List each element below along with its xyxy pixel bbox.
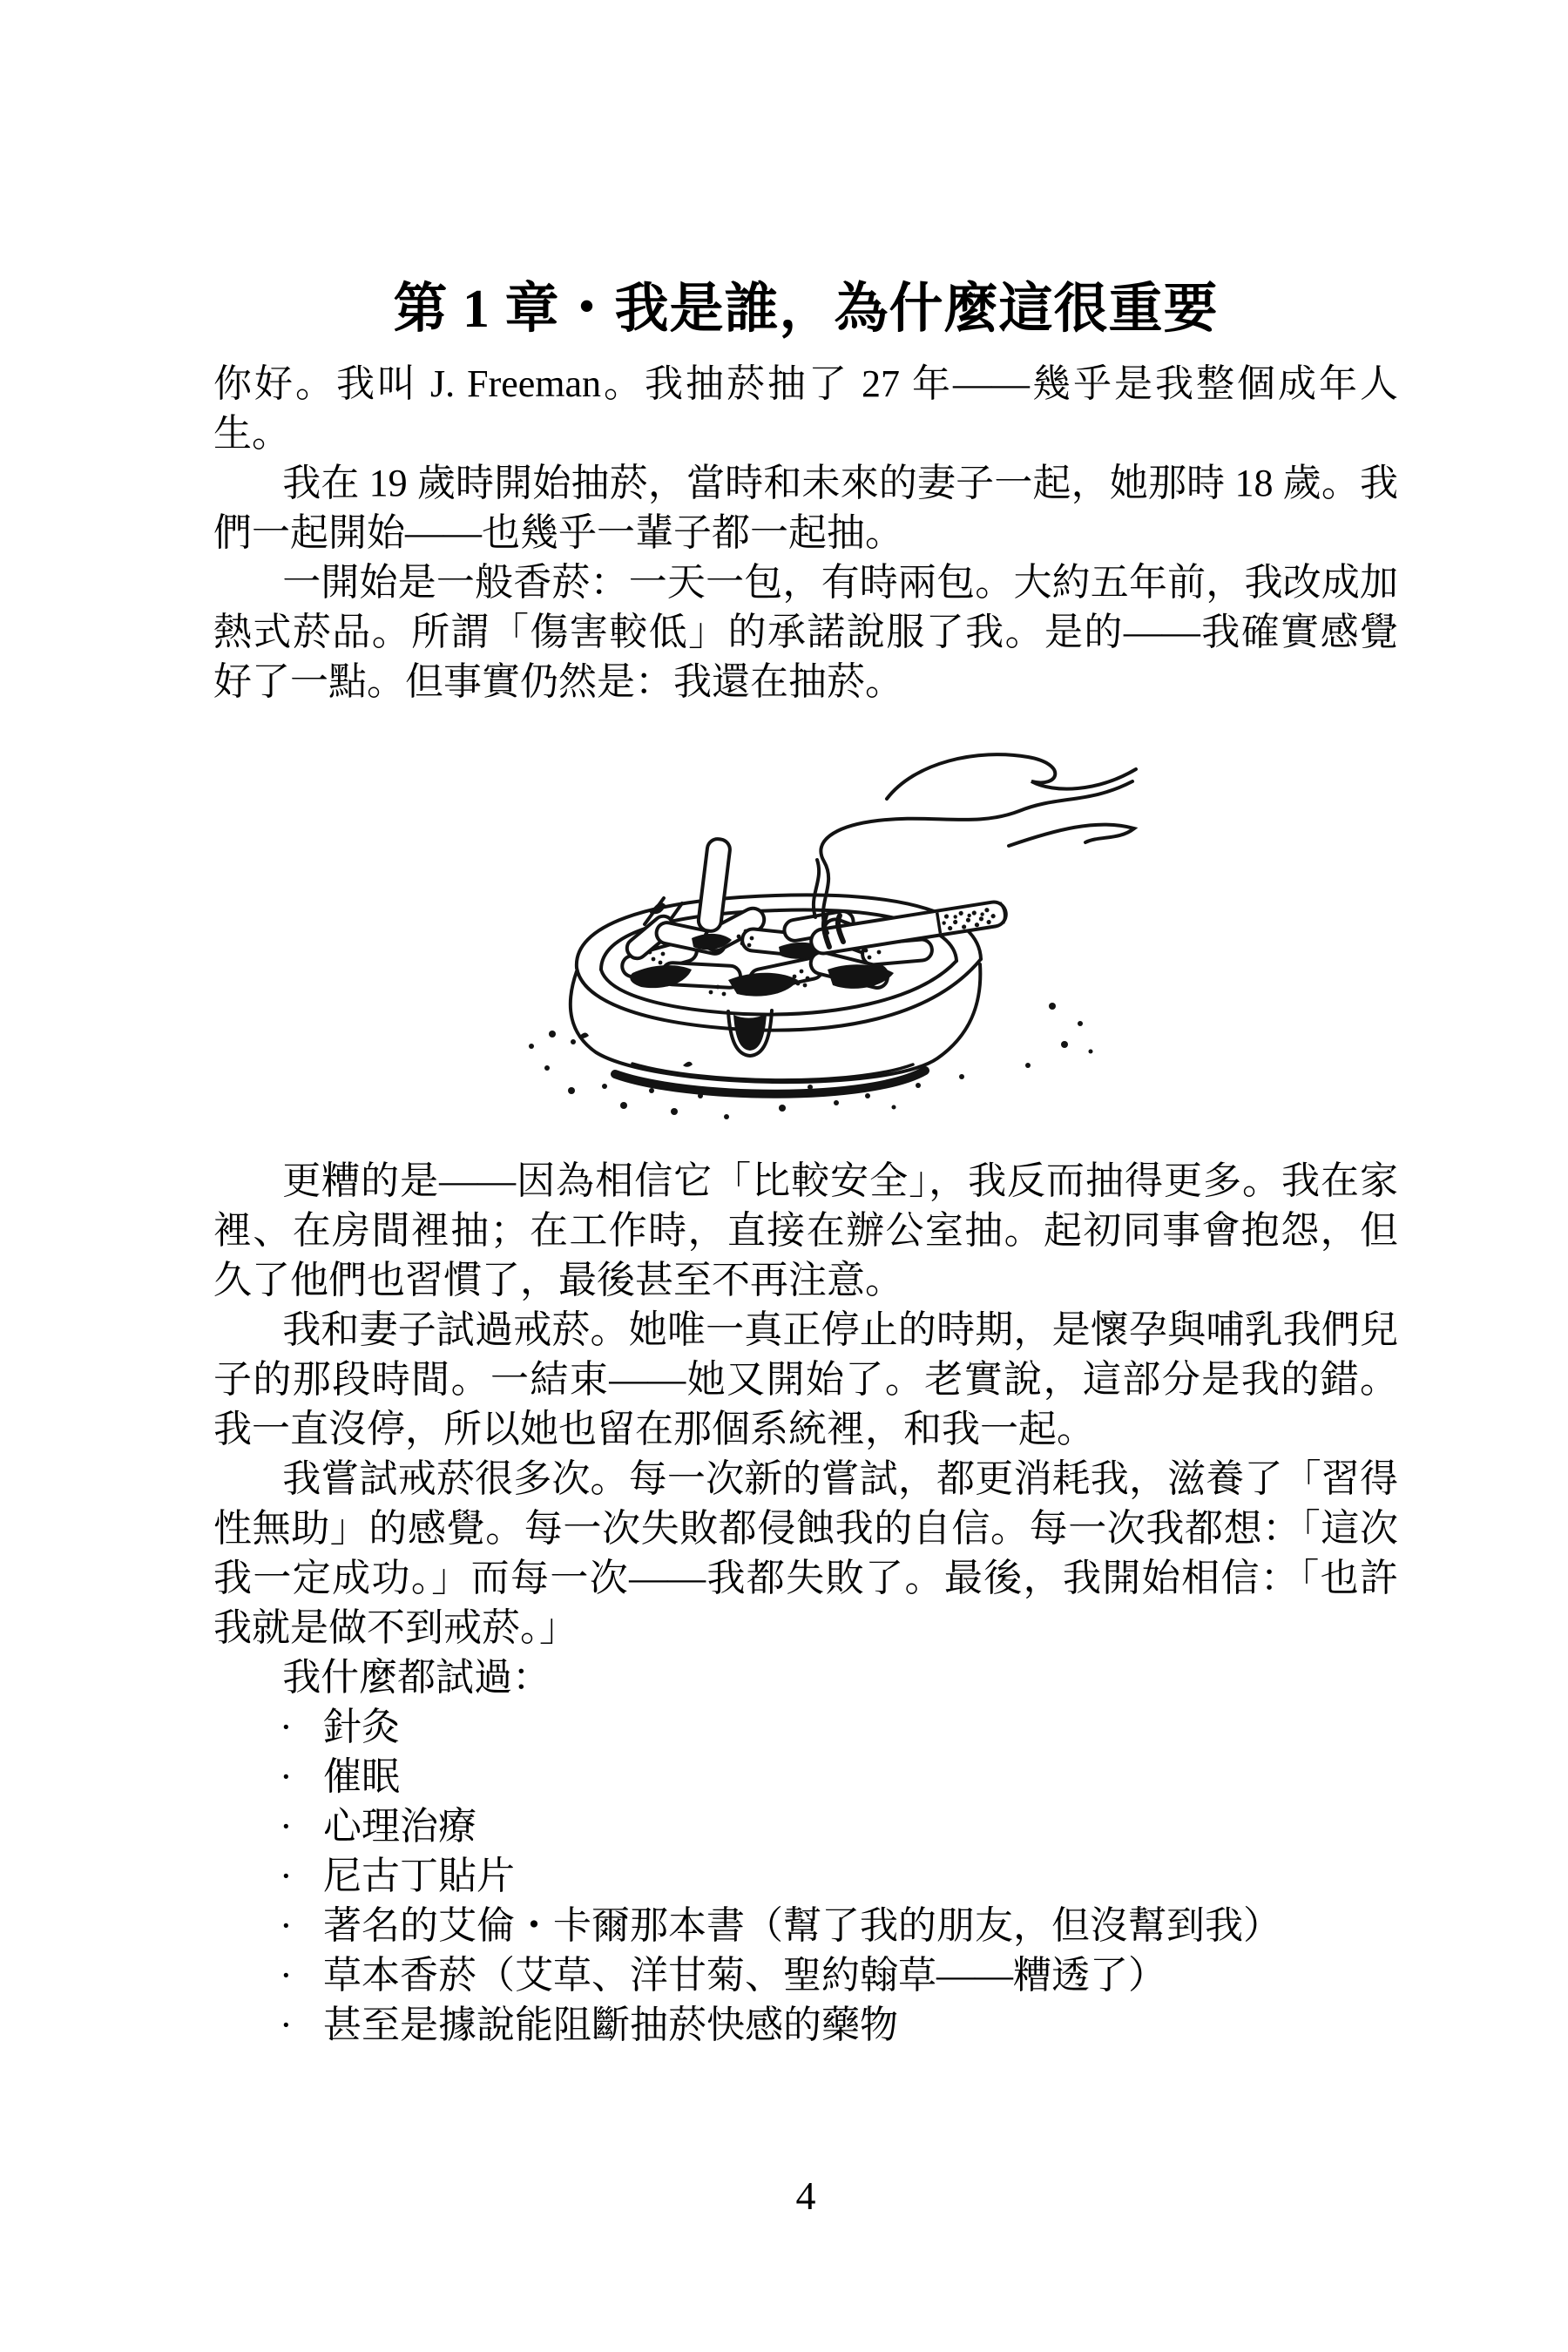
bullet-marker: · <box>280 1752 323 1801</box>
list-item: · 催眠 <box>213 1752 1398 1801</box>
tried-methods-list: · 針灸 · 催眠 · 心理治療 · 尼古丁貼片 · 著名的艾倫・卡爾那本書（幫… <box>213 1702 1398 2050</box>
bullet-marker: · <box>280 1851 323 1901</box>
chapter-title: 第 1 章・我是誰，為什麼這很重要 <box>213 275 1398 343</box>
paragraph-3: 一開始是一般香菸：一天一包，有時兩包。大約五年前，我改成加熱式菸品。所謂「傷害較… <box>213 558 1398 706</box>
text-block: 第 1 章・我是誰，為什麼這很重要 你好。我叫 J. Freeman。我抽菸抽了… <box>213 275 1398 2050</box>
ashtray-illustration <box>213 745 1398 1121</box>
page-number: 4 <box>213 2176 1398 2216</box>
bullet-marker: · <box>280 2000 323 2050</box>
bullet-marker: · <box>280 1950 323 2000</box>
list-item: · 針灸 <box>213 1702 1398 1752</box>
list-item: · 著名的艾倫・卡爾那本書（幫了我的朋友，但沒幫到我） <box>213 1901 1398 1950</box>
list-item-text: 著名的艾倫・卡爾那本書（幫了我的朋友，但沒幫到我） <box>323 1901 1398 1950</box>
bullet-marker: · <box>280 1801 323 1851</box>
list-item-text: 催眠 <box>323 1752 1398 1801</box>
list-item: · 甚至是據說能阻斷抽菸快感的藥物 <box>213 2000 1398 2050</box>
list-item: · 尼古丁貼片 <box>213 1851 1398 1901</box>
paragraph-5: 我和妻子試過戒菸。她唯一真正停止的時期，是懷孕與哺乳我們兒子的那段時間。一結束—… <box>213 1305 1398 1454</box>
list-item-text: 草本香菸（艾草、洋甘菊、聖約翰草——糟透了） <box>323 1950 1398 2000</box>
ashtray-smoke-drawing-icon <box>521 745 1139 1119</box>
paragraph-1: 你好。我叫 J. Freeman。我抽菸抽了 27 年——幾乎是我整個成年人生。 <box>213 359 1398 458</box>
list-item: · 草本香菸（艾草、洋甘菊、聖約翰草——糟透了） <box>213 1950 1398 2000</box>
bullet-marker: · <box>280 1901 323 1950</box>
list-item-text: 尼古丁貼片 <box>323 1851 1398 1901</box>
book-page: 第 1 章・我是誰，為什麼這很重要 你好。我叫 J. Freeman。我抽菸抽了… <box>0 0 1568 2352</box>
paragraph-6: 我嘗試戒菸很多次。每一次新的嘗試，都更消耗我，滋養了「習得性無助」的感覺。每一次… <box>213 1454 1398 1652</box>
bullet-marker: · <box>280 1702 323 1752</box>
list-item-text: 甚至是據說能阻斷抽菸快感的藥物 <box>323 2000 1398 2050</box>
list-item-text: 心理治療 <box>323 1801 1398 1851</box>
paragraph-7-lead-in: 我什麼都試過： <box>213 1652 1398 1702</box>
paragraph-2: 我在 19 歲時開始抽菸，當時和未來的妻子一起，她那時 18 歲。我們一起開始—… <box>213 458 1398 558</box>
paragraph-4: 更糟的是——因為相信它「比較安全」，我反而抽得更多。我在家裡、在房間裡抽；在工作… <box>213 1156 1398 1305</box>
list-item: · 心理治療 <box>213 1801 1398 1851</box>
list-item-text: 針灸 <box>323 1702 1398 1752</box>
